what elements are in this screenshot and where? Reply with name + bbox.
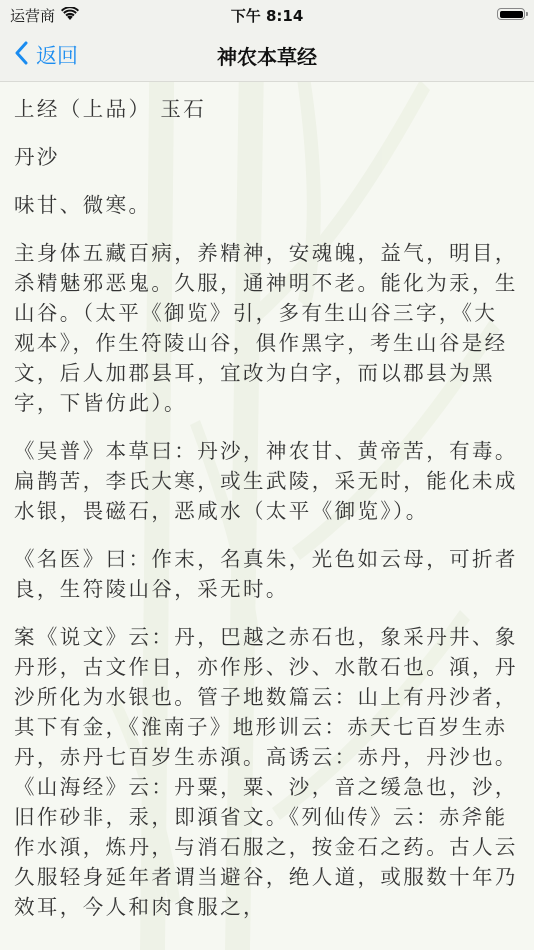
paragraph-main: 主身体五藏百病，养精神，安魂魄，益气，明目，杀精魅邪恶鬼。久服，通神明不老。能化… xyxy=(14,238,520,418)
paragraph-commentary: 案《说文》云：丹，巴越之赤石也，象采丹井、象丹形，古文作日，亦作彤、沙、水散石也… xyxy=(14,622,520,922)
paragraph-wupu: 《吴普》本草曰：丹沙，神农甘、黄帝苦，有毒。扁鹊苦，李氏大寒，或生武陵，采无时，… xyxy=(14,436,520,526)
battery-level xyxy=(500,11,523,18)
article-content: 上经（上品） 玉石 丹沙 味甘、微寒。 主身体五藏百病，养精神，安魂魄，益气，明… xyxy=(0,82,534,950)
status-bar: 运营商 下午 8:14 xyxy=(0,0,534,28)
status-time: 下午 8:14 xyxy=(0,5,534,26)
herb-name: 丹沙 xyxy=(14,142,520,172)
herb-property: 味甘、微寒。 xyxy=(14,190,520,220)
navigation-bar: 返回 神农本草经 xyxy=(0,28,534,82)
page-title: 神农本草经 xyxy=(0,41,534,70)
section-heading: 上经（上品） 玉石 xyxy=(14,94,520,124)
paragraph-mingyi: 《名医》曰：作末，名真朱，光色如云母，可折者良，生符陵山谷，采无时。 xyxy=(14,544,520,604)
battery-full-icon xyxy=(497,8,525,20)
battery-tip xyxy=(526,12,528,16)
